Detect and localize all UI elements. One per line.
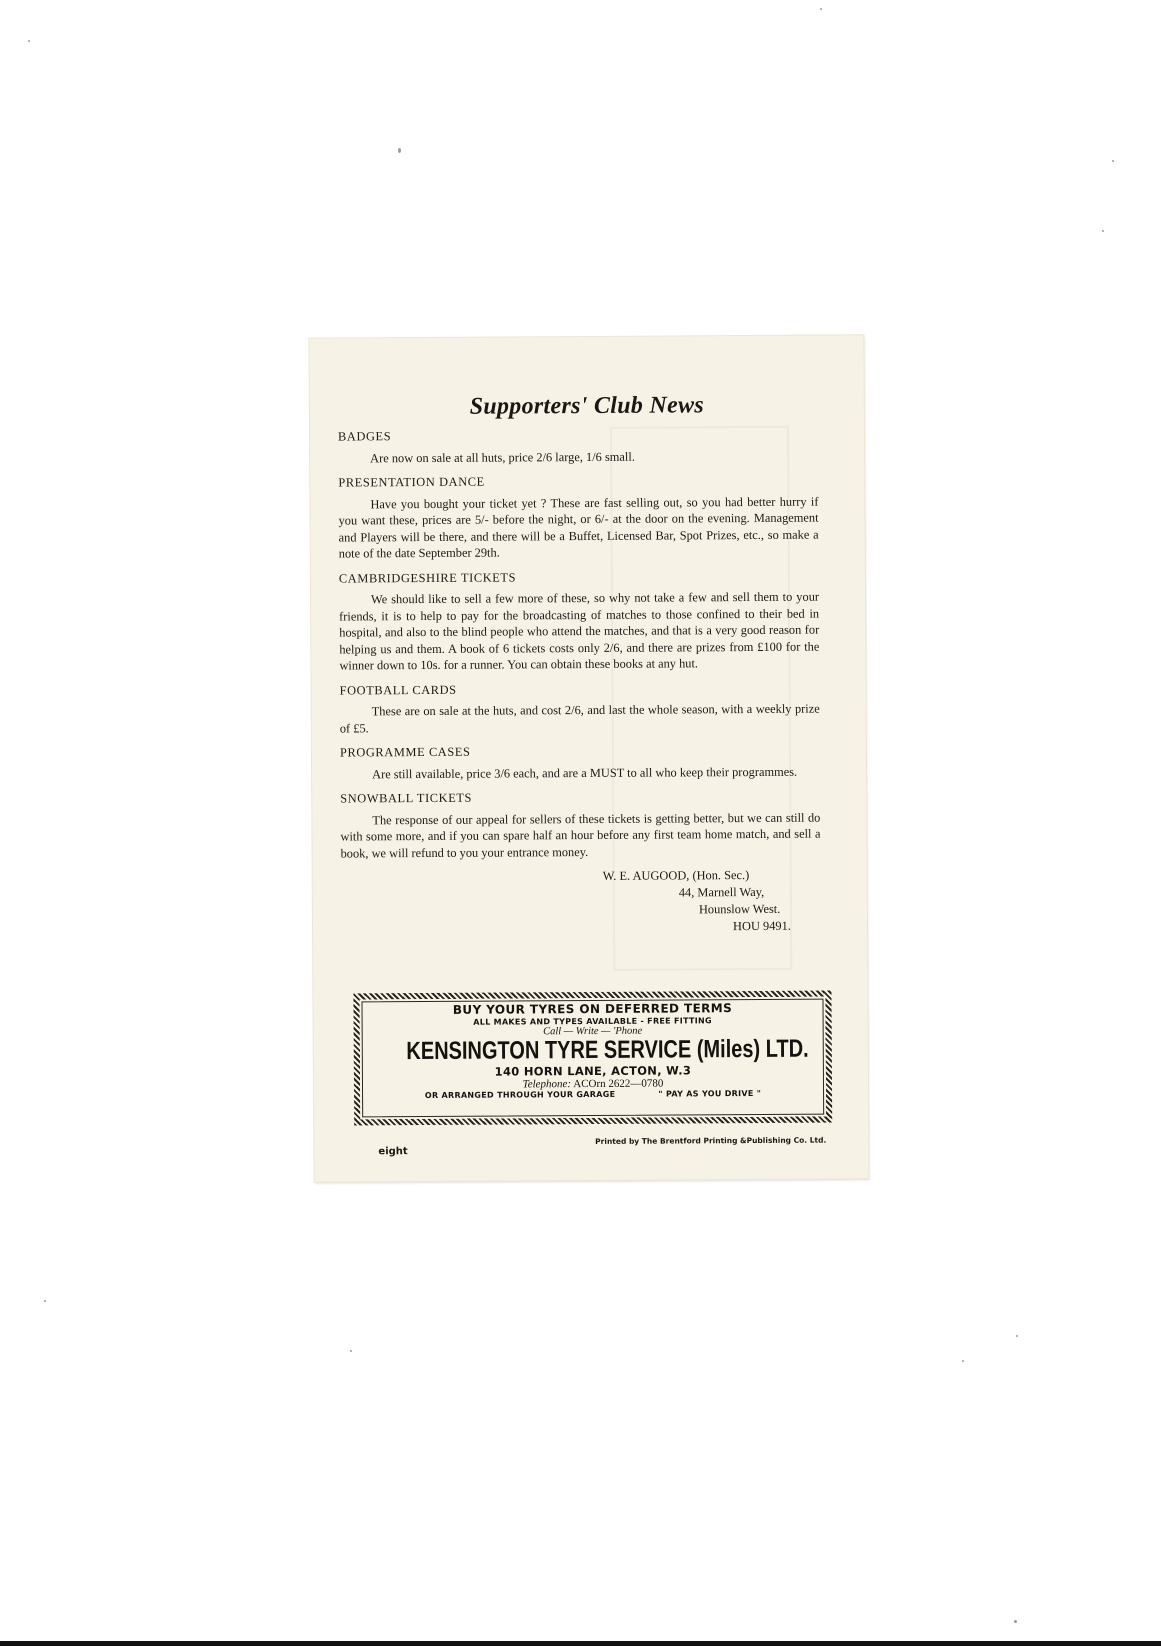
- printer-credit: Printed by The Brentford Printing &Publi…: [595, 1136, 826, 1146]
- news-content: BADGES Are now on sale at all huts, pric…: [338, 426, 821, 938]
- section-heading: FOOTBALL CARDS: [340, 679, 820, 698]
- page-number: eight: [378, 1146, 407, 1157]
- scan-speck: [1102, 230, 1104, 232]
- section-programme-cases: PROGRAMME CASES Are still available, pri…: [340, 742, 820, 783]
- programme-page: Supporters' Club News BADGES Are now on …: [309, 335, 868, 1181]
- section-heading: SNOWBALL TICKETS: [340, 788, 820, 807]
- section-heading: PROGRAMME CASES: [340, 742, 820, 761]
- page-title: Supporters' Club News: [310, 391, 864, 421]
- section-heading: BADGES: [338, 426, 818, 445]
- section-body: Have you bought your ticket yet ? These …: [338, 493, 818, 562]
- page-footer: eight Printed by The Brentford Printing …: [314, 1135, 868, 1158]
- section-body: Are still available, price 3/6 each, and…: [340, 763, 820, 782]
- scan-speck: [28, 40, 30, 42]
- section-heading: PRESENTATION DANCE: [338, 472, 818, 491]
- section-body: Are now on sale at all huts, price 2/6 l…: [338, 447, 818, 466]
- section-presentation-dance: PRESENTATION DANCE Have you bought your …: [338, 472, 819, 562]
- section-body: These are on sale at the huts, and cost …: [340, 701, 820, 737]
- section-badges: BADGES Are now on sale at all huts, pric…: [338, 426, 818, 467]
- tyre-advertisement: BUY YOUR TYRES ON DEFERRED TERMS ALL MAK…: [353, 991, 832, 1126]
- scan-speck: [350, 1350, 352, 1352]
- section-body: We should like to sell a few more of the…: [339, 589, 819, 674]
- scan-speck: [44, 1300, 46, 1302]
- signature-block: W. E. AUGOOD, (Hon. Sec.) 44, Marnell Wa…: [341, 867, 821, 938]
- section-football-cards: FOOTBALL CARDS These are on sale at the …: [340, 679, 820, 736]
- scanner-edge-bar: [0, 1641, 1161, 1646]
- section-cambridgeshire-tickets: CAMBRIDGESHIRE TICKETS We should like to…: [339, 567, 820, 674]
- scan-speck: [1016, 1335, 1018, 1337]
- ad-company-name: KENSINGTON TYRE SERVICE (Miles) LTD.: [406, 1036, 779, 1064]
- scan-speck: [1112, 160, 1114, 162]
- scan-speck: [398, 148, 401, 153]
- section-body: The response of our appeal for sellers o…: [340, 809, 820, 861]
- scan-speck: [820, 8, 822, 10]
- signatory-phone: HOU 9491.: [341, 918, 821, 938]
- section-heading: CAMBRIDGESHIRE TICKETS: [339, 567, 819, 586]
- section-snowball-tickets: SNOWBALL TICKETS The response of our app…: [340, 788, 820, 862]
- scan-speck: [962, 1360, 964, 1362]
- scan-speck: [1014, 1620, 1017, 1623]
